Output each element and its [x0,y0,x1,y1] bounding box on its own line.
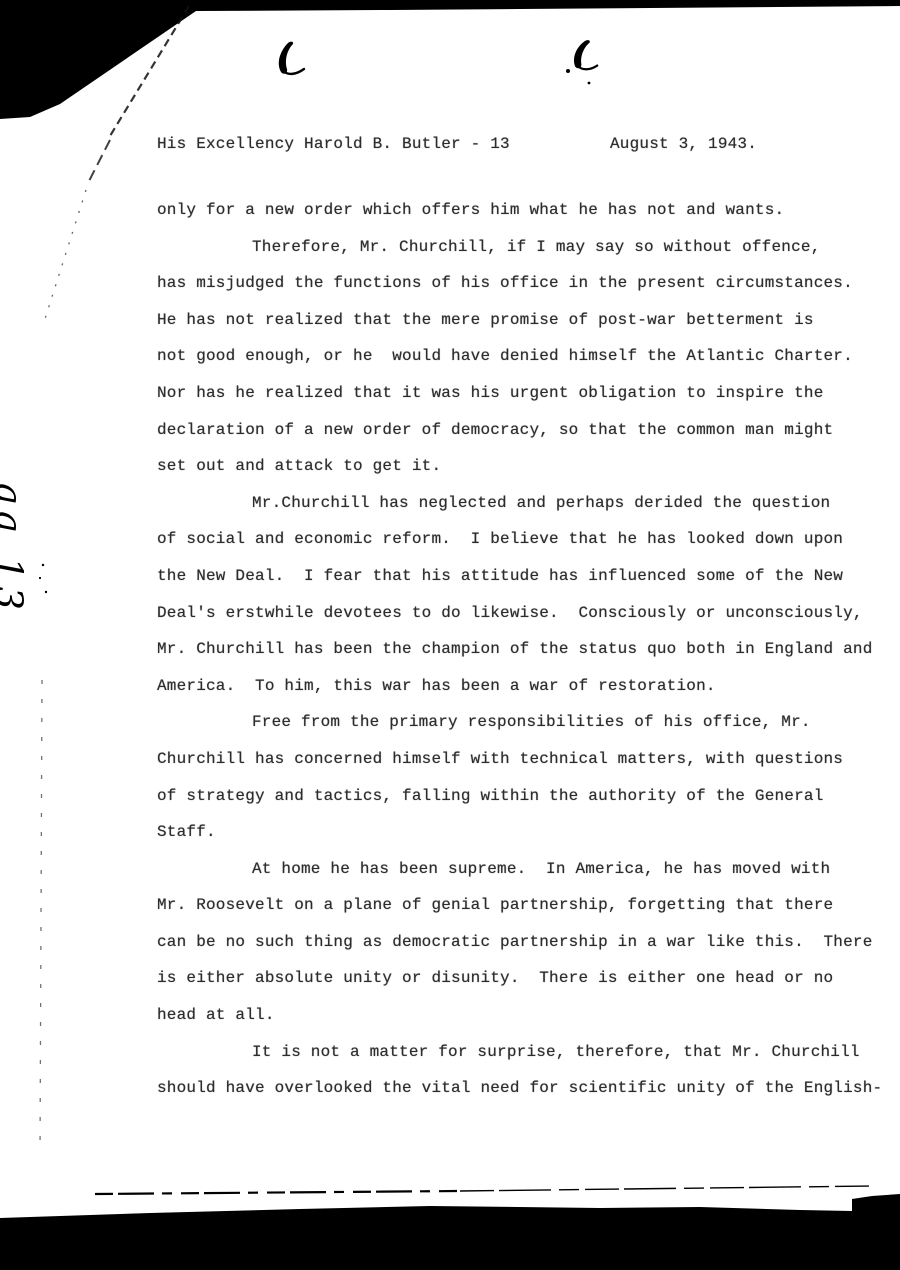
scanned-document-page: His Excellency Harold B. Butler - 13 Aug… [0,0,900,1270]
scan-artifact-layer [0,0,900,1270]
scan-edge-top [0,0,900,119]
scan-specks [39,69,590,593]
pen-check-mark-left-icon [279,42,304,74]
bottom-broken-line [95,1186,872,1194]
left-edge-dashed-artifact [40,680,42,1155]
scan-edge-bottom [0,1194,900,1270]
pen-check-mark-right-icon [573,39,600,71]
